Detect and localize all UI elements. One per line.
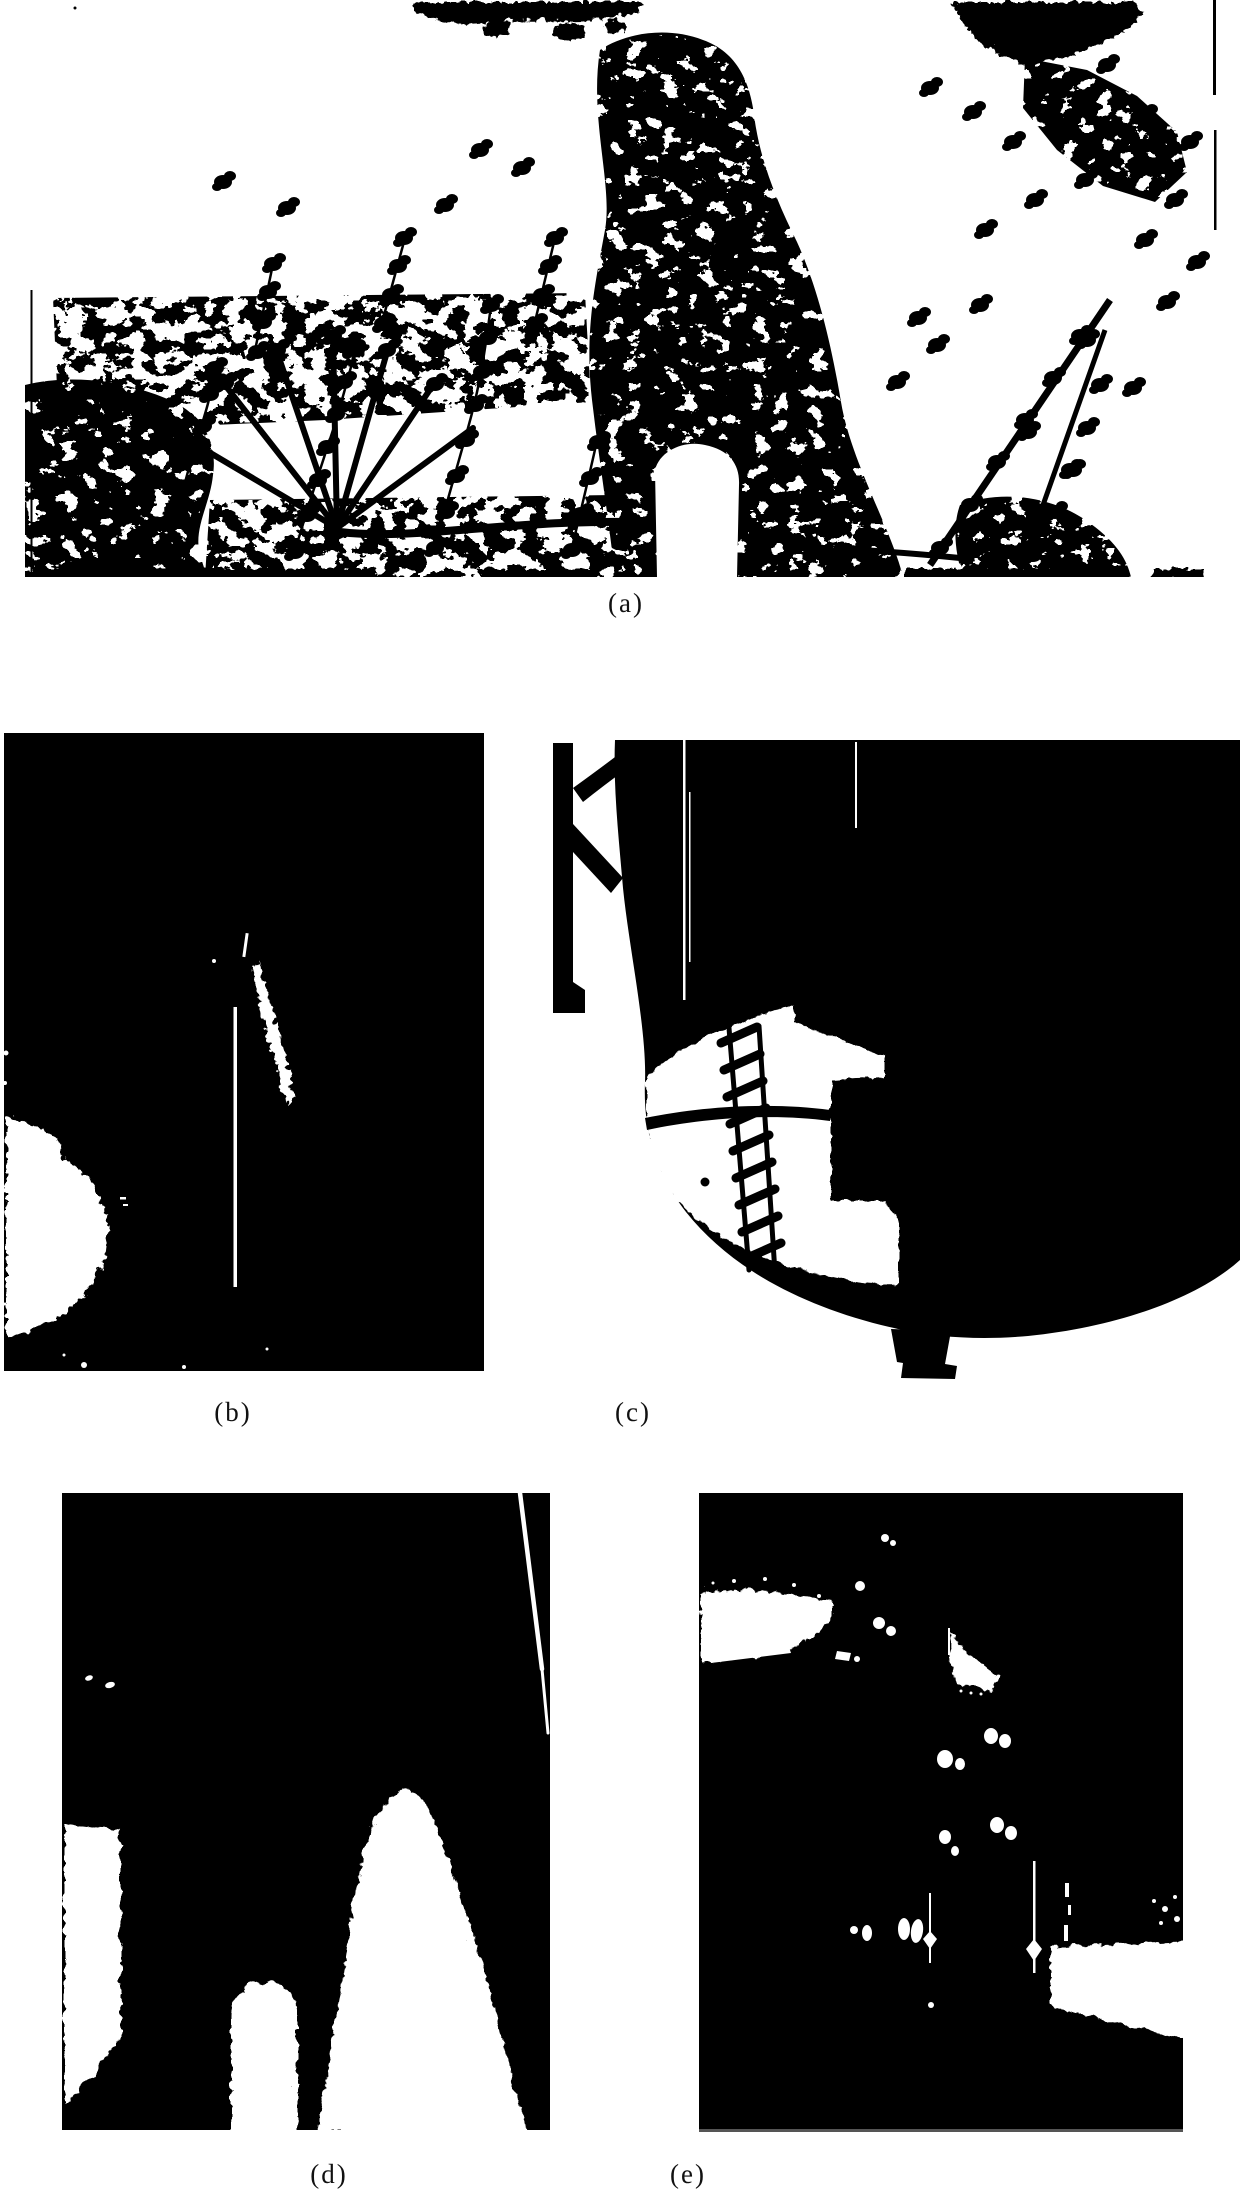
panel-a-caption: (a) — [608, 590, 644, 617]
panel-e-caption: (e) — [670, 2161, 706, 2188]
panel-d-caption: (d) — [310, 2161, 347, 2188]
panel-d-svg — [62, 1493, 550, 2130]
panel-c-svg — [553, 730, 1240, 1380]
panel-b-image — [4, 733, 484, 1371]
panel-d-image — [62, 1493, 550, 2130]
panel-b-svg — [4, 733, 484, 1371]
figure-page: (a) (b) (c) (d) (e) — [0, 0, 1240, 2198]
panel-c-image — [553, 730, 1240, 1380]
panel-e-svg — [699, 1493, 1183, 2132]
panel-c-caption: (c) — [615, 1399, 651, 1426]
panel-a-svg — [25, 0, 1222, 577]
panel-e-image — [699, 1493, 1183, 2132]
panel-a-image — [25, 0, 1222, 577]
panel-b-caption: (b) — [214, 1399, 251, 1426]
